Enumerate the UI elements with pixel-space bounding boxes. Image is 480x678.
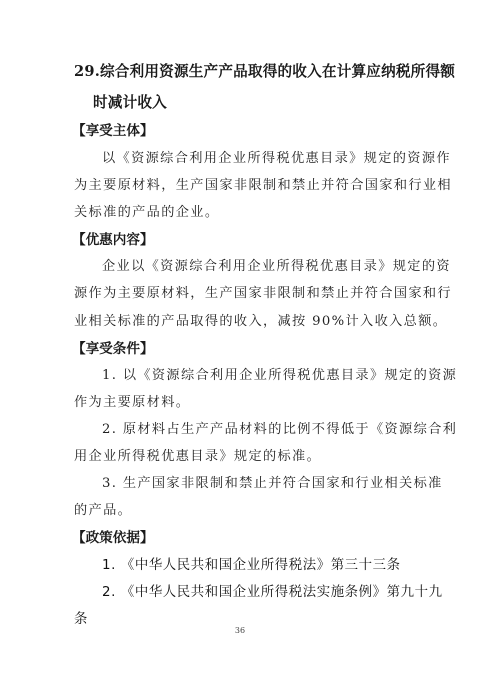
list-item-continuation: 用企业所得税优惠目录》规定的标准。 xyxy=(74,448,321,466)
paragraph-line: 业相关标准的产品取得的收入，减按 90%计入收入总额。 xyxy=(74,313,447,331)
section-title-line-2: 时减计收入 xyxy=(93,94,167,112)
list-item: 1. 以《资源综合利用企业所得税优惠目录》规定的资源 xyxy=(102,367,457,385)
heading-eligibility-conditions: 【享受条件】 xyxy=(72,340,154,358)
list-item: 2. 原材料占生产产品材料的比例不得低于《资源综合利 xyxy=(102,421,457,439)
list-item: 2. 《中华人民共和国企业所得税法实施条例》第九十九 xyxy=(102,584,443,602)
heading-benefit-content: 【优惠内容】 xyxy=(72,231,154,249)
section-title-line-1: 29.综合利用资源生产产品取得的收入在计算应纳税所得额 xyxy=(74,63,455,81)
paragraph-line: 企业以《资源综合利用企业所得税优惠目录》规定的资 xyxy=(102,258,451,276)
paragraph-line: 以《资源综合利用企业所得税优惠目录》规定的资源作 xyxy=(102,150,451,168)
paragraph-line: 为主要原材料，生产国家非限制和禁止并符合国家和行业相 xyxy=(74,177,452,195)
list-item-continuation: 的产品。 xyxy=(74,502,132,520)
page-number: 36 xyxy=(0,626,480,635)
heading-eligible-entity: 【享受主体】 xyxy=(72,122,154,140)
paragraph-line: 关标准的产品的企业。 xyxy=(74,204,219,222)
list-item: 3. 生产国家非限制和禁止并符合国家和行业相关标准 xyxy=(102,475,443,493)
paragraph-line: 源作为主要原材料，生产国家非限制和禁止并符合国家和行 xyxy=(74,285,452,303)
list-item: 1. 《中华人民共和国企业所得税法》第三十三条 xyxy=(102,557,401,575)
heading-policy-basis: 【政策依据】 xyxy=(72,529,154,547)
list-item-continuation: 作为主要原材料。 xyxy=(74,394,190,412)
